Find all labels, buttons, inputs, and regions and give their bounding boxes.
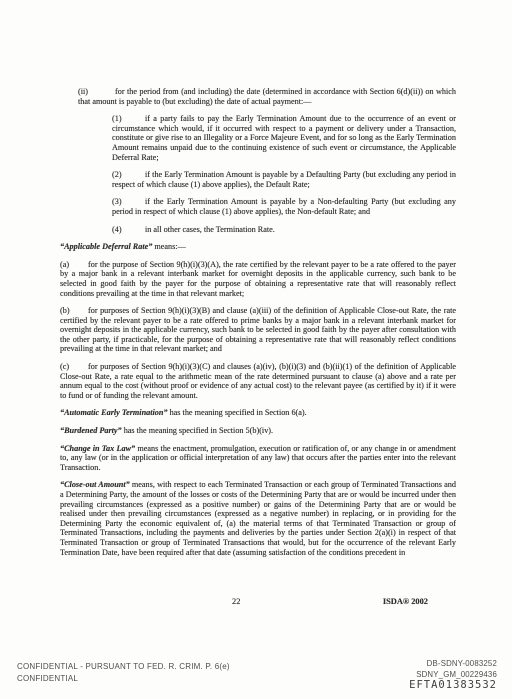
clause-text: if the Early Termination Amount is payab…: [112, 197, 456, 216]
clause-label: (ii): [78, 87, 115, 97]
definition-text: means:—: [152, 242, 185, 251]
clause-text: for purposes of Section 9(h)(i)(3)(B) an…: [60, 306, 456, 353]
clause-text: for the purpose of Section 9(h)(i)(3)(A)…: [60, 260, 456, 298]
defined-term: “Change in Tax Law”: [60, 444, 135, 453]
clause-text: in all other cases, the Termination Rate…: [145, 225, 275, 234]
sub-clause-4: (4)in all other cases, the Termination R…: [112, 225, 456, 235]
defined-term: “Applicable Deferral Rate”: [60, 242, 152, 251]
deferral-clause-c: (c)for purposes of Section 9(h)(i)(3)(C)…: [60, 362, 456, 400]
document-page: (ii)for the period from (and including) …: [0, 0, 512, 699]
clause-text: for the period from (and including) the …: [78, 87, 456, 106]
definition-close-out-amount: “Close-out Amount” means, with respect t…: [60, 480, 456, 557]
sub-clause-2: (2)if the Early Termination Amount is pa…: [112, 170, 456, 189]
definition-burdened-party: “Burdened Party” has the meaning specifi…: [60, 426, 456, 436]
definition-text: has the meaning specified in Section 6(a…: [168, 408, 307, 417]
clause-label: (a): [60, 260, 88, 270]
clause-label: (b): [60, 306, 88, 316]
defined-term: “Automatic Early Termination”: [60, 408, 168, 417]
definition-text: means, with respect to each Terminated T…: [60, 480, 456, 556]
bates-number-efta: EFTA01383532: [409, 680, 497, 691]
document-body: (ii)for the period from (and including) …: [60, 87, 456, 565]
definition-heading-applicable-deferral-rate: “Applicable Deferral Rate” means:—: [60, 242, 456, 252]
defined-term: “Close-out Amount”: [60, 480, 130, 489]
bates-number-db-sdny: DB-SDNY-0083252: [409, 659, 497, 670]
confidentiality-stamp-line2: CONFIDENTIAL: [17, 673, 230, 685]
isda-brand-mark: ISDA® 2002: [383, 597, 428, 607]
sub-clause-3: (3)if the Early Termination Amount is pa…: [112, 197, 456, 216]
clause-label: (c): [60, 362, 88, 372]
deferral-clause-a: (a)for the purpose of Section 9(h)(i)(3)…: [60, 260, 456, 298]
deferral-clause-b: (b)for purposes of Section 9(h)(i)(3)(B)…: [60, 306, 456, 354]
clause-text: if a party fails to pay the Early Termin…: [112, 114, 456, 161]
sub-clause-1: (1)if a party fails to pay the Early Ter…: [112, 114, 456, 162]
clause-label: (2): [112, 170, 145, 180]
clause-text: for purposes of Section 9(h)(i)(3)(C) an…: [60, 362, 456, 400]
bates-stamp-block: DB-SDNY-0083252 SDNY_GM_00229436 EFTA013…: [409, 659, 497, 691]
page-number: 22: [232, 597, 240, 607]
clause-label: (3): [112, 197, 145, 207]
confidentiality-stamp: CONFIDENTIAL - PURSUANT TO FED. R. CRIM.…: [17, 661, 230, 684]
clause-label: (1): [112, 114, 145, 124]
clause-label: (4): [112, 225, 145, 235]
definition-text: has the meaning specified in Section 5(b…: [122, 426, 273, 435]
confidentiality-stamp-line1: CONFIDENTIAL - PURSUANT TO FED. R. CRIM.…: [17, 661, 230, 673]
definition-automatic-early-termination: “Automatic Early Termination” has the me…: [60, 408, 456, 418]
definition-change-in-tax-law: “Change in Tax Law” means the enactment,…: [60, 444, 456, 473]
defined-term: “Burdened Party”: [60, 426, 122, 435]
clause-ii: (ii)for the period from (and including) …: [78, 87, 456, 106]
clause-text: if the Early Termination Amount is payab…: [112, 170, 456, 189]
